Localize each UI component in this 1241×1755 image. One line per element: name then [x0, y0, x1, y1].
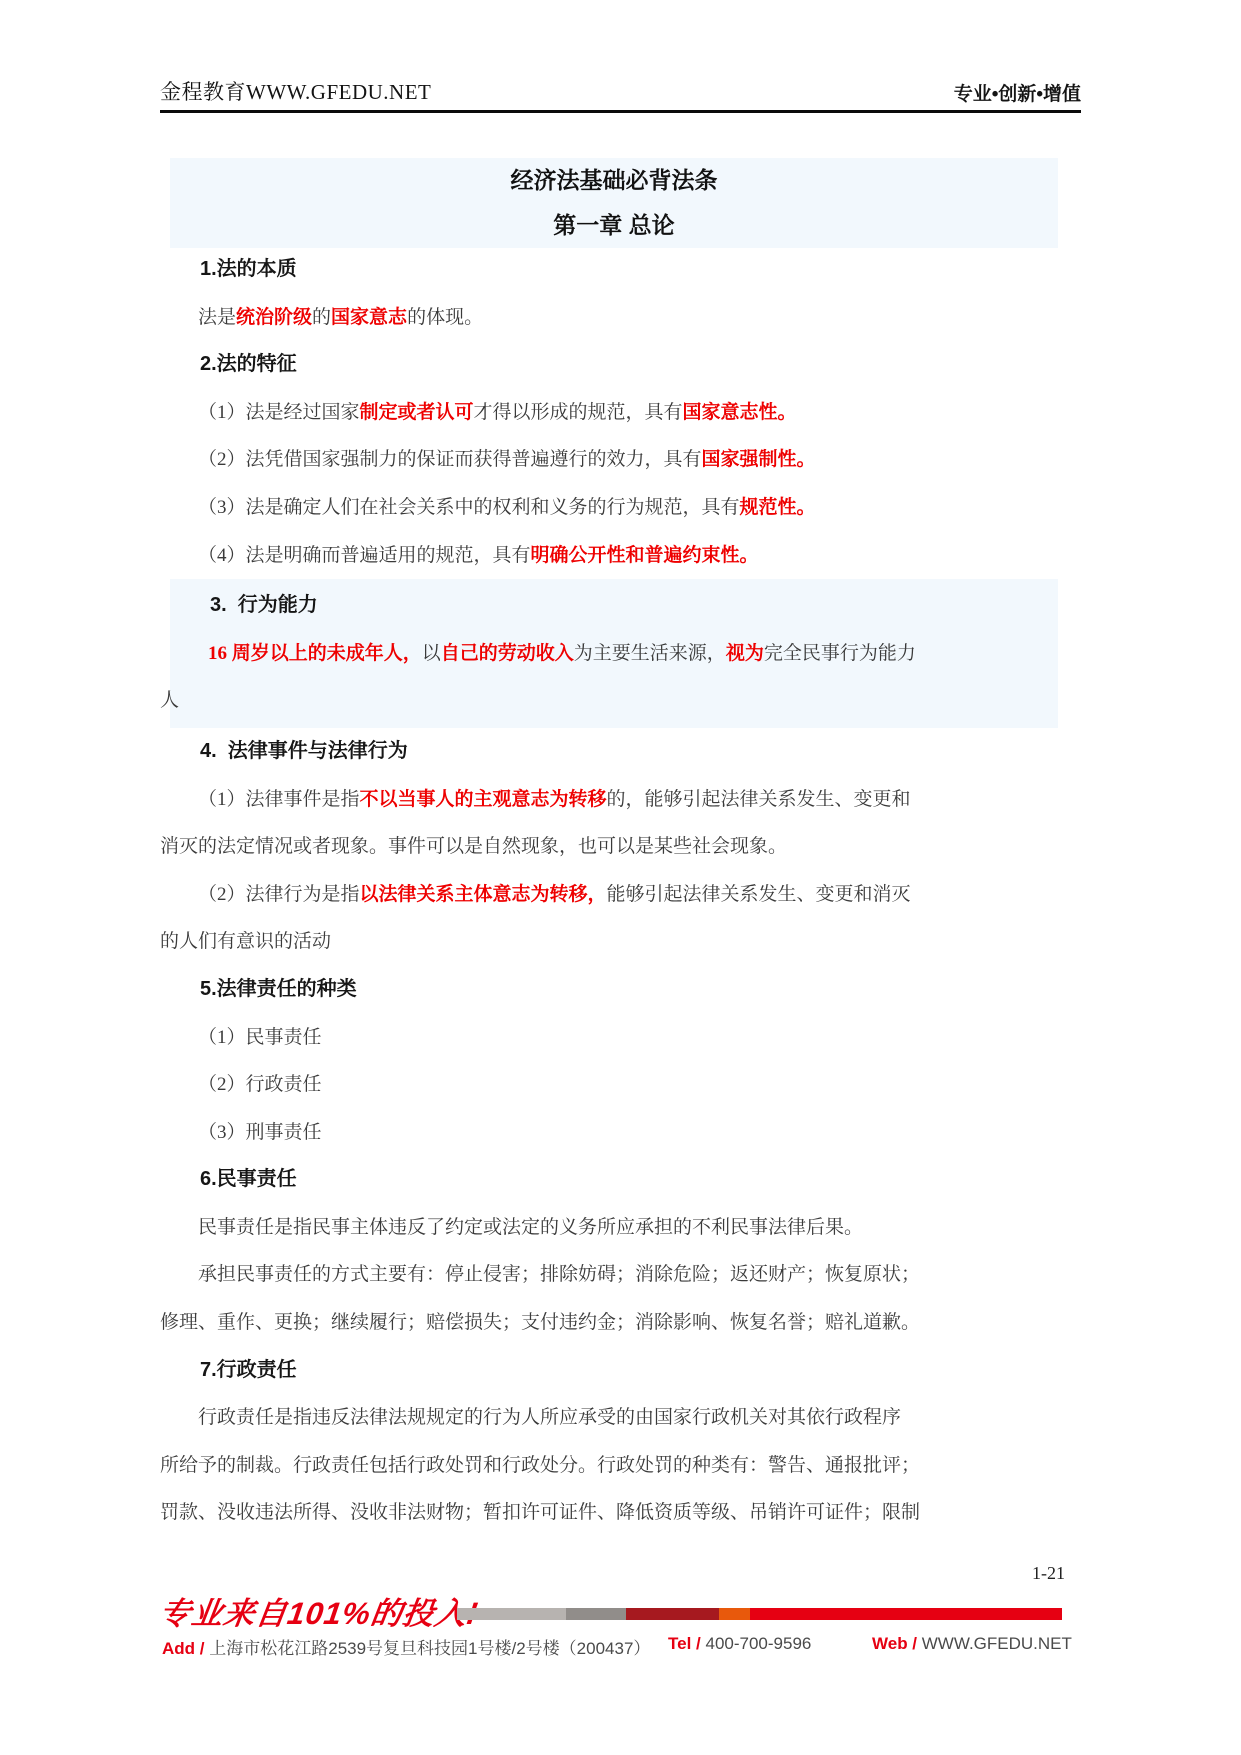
section-heading: 5.法律责任的种类 — [160, 966, 1081, 1014]
text-segment: （2）法律行为是指 — [198, 884, 360, 905]
emphasis-red-text: 16 周岁以上的未成年人， — [208, 643, 422, 664]
color-bar-segment — [719, 1608, 750, 1620]
text-segment: 1.法的本质 — [200, 258, 297, 280]
text-segment: 的，能够引起法律关系发生、变更和 — [607, 789, 911, 810]
text-segment: 的 — [312, 307, 331, 328]
text-segment: 能够引起法律关系发生、变更和消灭 — [607, 884, 911, 905]
color-bar-segment — [457, 1608, 566, 1620]
chapter-title: 第一章 总论 — [170, 203, 1058, 248]
emphasis-red-text: 国家意志性。 — [683, 402, 797, 423]
color-bar-segment — [566, 1608, 626, 1620]
text-line: （2）法凭借国家强制力的保证而获得普遍遵行的效力，具有国家强制性。 — [160, 436, 1081, 484]
text-segment: 人 — [160, 690, 179, 711]
text-line: 消灭的法定情况或者现象。事件可以是自然现象，也可以是某些社会现象。 — [160, 823, 1081, 871]
header-slogan: 专业•创新•增值 — [954, 79, 1081, 106]
text-segment: 罚款、没收违法所得、没收非法财物；暂扣许可证件、降低资质等级、吊销许可证件；限制 — [160, 1502, 920, 1523]
emphasis-red-text: 统治阶级 — [236, 307, 312, 328]
document-page: 金程教育WWW.GFEDU.NET 专业•创新•增值 经济法基础必背法条 第一章… — [0, 0, 1241, 1755]
text-segment: 6.民事责任 — [200, 1168, 297, 1190]
text-line: 民事责任是指民事主体违反了约定或法定的义务所应承担的不利民事法律后果。 — [160, 1204, 1081, 1252]
footer-address-group: Add / 上海市松花江路2539号复旦科技园1号楼/2号楼（200437） — [162, 1634, 650, 1659]
text-segment: 以 — [422, 643, 441, 664]
section-heading: 7.行政责任 — [160, 1347, 1081, 1395]
text-segment: 2.法的特征 — [200, 353, 297, 375]
text-line: （2）法律行为是指以法律关系主体意志为转移，能够引起法律关系发生、变更和消灭 — [160, 871, 1081, 919]
text-segment: 承担民事责任的方式主要有：停止侵害；排除妨碍；消除危险；返还财产；恢复原状； — [198, 1264, 920, 1285]
emphasis-red-text: 视为 — [726, 643, 764, 664]
text-segment: （1）法律事件是指 — [198, 789, 360, 810]
text-segment: 才得以形成的规范，具有 — [474, 402, 683, 423]
color-bar-segment — [626, 1608, 719, 1620]
footer-contact-row: Add / 上海市松花江路2539号复旦科技园1号楼/2号楼（200437） T… — [0, 1634, 1241, 1664]
text-line: 行政责任是指违反法律法规规定的行为人所应承受的由国家行政机关对其依行政程序 — [160, 1394, 1081, 1442]
document-title: 经济法基础必背法条 — [170, 158, 1058, 203]
section-heading: 6.民事责任 — [160, 1156, 1081, 1204]
emphasis-red-text: 国家强制性。 — [702, 449, 816, 470]
footer-add-label: Add / — [162, 1639, 205, 1658]
text-segment: 4. 法律事件与法律行为 — [200, 740, 408, 762]
text-segment: 消灭的法定情况或者现象。事件可以是自然现象，也可以是某些社会现象。 — [160, 836, 787, 857]
text-line: 16 周岁以上的未成年人，以自己的劳动收入为主要生活来源，视为完全民事行为能力 — [170, 630, 1058, 678]
emphasis-red-text: 不以当事人的主观意志为转移 — [360, 789, 607, 810]
text-segment: 完全民事行为能力 — [764, 643, 916, 664]
footer-slogan: 专业来自101%的投入! — [157, 1588, 482, 1633]
footer-color-bar — [457, 1608, 1062, 1620]
text-segment: （3）法是确定人们在社会关系中的权利和义务的行为规范，具有 — [198, 497, 740, 518]
text-segment: 修理、重作、更换；继续履行；赔偿损失；支付违约金；消除影响、恢复名誉；赔礼道歉。 — [160, 1312, 920, 1333]
text-segment: 3. 行为能力 — [210, 594, 318, 616]
text-line: （1）法是经过国家制定或者认可才得以形成的规范，具有国家意志性。 — [160, 389, 1081, 437]
text-segment: （2）行政责任 — [198, 1074, 322, 1095]
section-heading: 4. 法律事件与法律行为 — [160, 728, 1081, 776]
text-line: （2）行政责任 — [160, 1061, 1081, 1109]
section-heading: 3. 行为能力 — [170, 582, 1058, 630]
text-line: 法是统治阶级的国家意志的体现。 — [160, 294, 1081, 342]
text-segment: （1）民事责任 — [198, 1027, 322, 1048]
text-segment: 所给予的制裁。行政责任包括行政处罚和行政处分。行政处罚的种类有：警告、通报批评； — [160, 1455, 920, 1476]
color-bar-segment — [750, 1608, 1062, 1620]
text-segment: 的体现。 — [407, 307, 483, 328]
footer-tel-group: Tel / 400-700-9596 — [668, 1634, 811, 1654]
text-line: （1）法律事件是指不以当事人的主观意志为转移的，能够引起法律关系发生、变更和 — [160, 776, 1081, 824]
emphasis-red-text: 制定或者认可 — [360, 402, 474, 423]
text-segment: 法是 — [198, 307, 236, 328]
text-line: 人 — [160, 677, 1058, 725]
text-segment: 民事责任是指民事主体违反了约定或法定的义务所应承担的不利民事法律后果。 — [198, 1217, 863, 1238]
text-line: 罚款、没收违法所得、没收非法财物；暂扣许可证件、降低资质等级、吊销许可证件；限制 — [160, 1489, 1081, 1537]
emphasis-red-text: 明确公开性和普遍约束性。 — [531, 545, 759, 566]
text-segment: （2）法凭借国家强制力的保证而获得普遍遵行的效力，具有 — [198, 449, 702, 470]
page-number: 1-21 — [160, 1556, 1065, 1590]
highlight-block: 3. 行为能力16 周岁以上的未成年人，以自己的劳动收入为主要生活来源，视为完全… — [170, 579, 1058, 728]
text-line: 修理、重作、更换；继续履行；赔偿损失；支付违约金；消除影响、恢复名誉；赔礼道歉。 — [160, 1299, 1081, 1347]
text-block: 4. 法律事件与法律行为（1）法律事件是指不以当事人的主观意志为转移的，能够引起… — [160, 728, 1081, 1537]
page-header: 金程教育WWW.GFEDU.NET 专业•创新•增值 — [160, 76, 1081, 106]
text-segment: 为主要生活来源， — [574, 643, 726, 664]
footer-web-label: Web / — [872, 1634, 917, 1653]
text-line: （3）刑事责任 — [160, 1109, 1081, 1157]
footer-address: 上海市松花江路2539号复旦科技园1号楼/2号楼（200437） — [209, 1639, 650, 1658]
text-segment: 7.行政责任 — [200, 1359, 297, 1381]
header-divider — [160, 110, 1081, 113]
emphasis-red-text: 自己的劳动收入 — [441, 643, 574, 664]
text-segment: （1）法是经过国家 — [198, 402, 360, 423]
section-heading: 1.法的本质 — [160, 246, 1081, 294]
text-line: （1）民事责任 — [160, 1014, 1081, 1062]
footer-web-group: Web / WWW.GFEDU.NET — [872, 1634, 1072, 1654]
text-line: 承担民事责任的方式主要有：停止侵害；排除妨碍；消除危险；返还财产；恢复原状； — [160, 1251, 1081, 1299]
text-block: 1.法的本质法是统治阶级的国家意志的体现。2.法的特征（1）法是经过国家制定或者… — [160, 246, 1081, 579]
footer-website[interactable]: WWW.GFEDU.NET — [922, 1634, 1072, 1653]
emphasis-red-text: 国家意志 — [331, 307, 407, 328]
text-segment: （3）刑事责任 — [198, 1122, 322, 1143]
header-brand: 金程教育WWW.GFEDU.NET — [160, 76, 431, 106]
section-heading: 2.法的特征 — [160, 341, 1081, 389]
footer-tel-label: Tel / — [668, 1634, 701, 1653]
text-segment: 5.法律责任的种类 — [200, 978, 357, 1000]
text-segment: 的人们有意识的活动 — [160, 931, 331, 952]
document-body: 1.法的本质法是统治阶级的国家意志的体现。2.法的特征（1）法是经过国家制定或者… — [160, 246, 1081, 1537]
title-block: 经济法基础必背法条 第一章 总论 — [170, 158, 1058, 248]
text-line: 的人们有意识的活动 — [160, 918, 1081, 966]
emphasis-red-text: 以法律关系主体意志为转移， — [360, 884, 607, 905]
text-line: （4）法是明确而普遍适用的规范，具有明确公开性和普遍约束性。 — [160, 532, 1081, 580]
text-segment: 行政责任是指违反法律法规规定的行为人所应承受的由国家行政机关对其依行政程序 — [198, 1407, 901, 1428]
text-line: （3）法是确定人们在社会关系中的权利和义务的行为规范，具有规范性。 — [160, 484, 1081, 532]
footer-tel-number: 400-700-9596 — [705, 1634, 811, 1653]
emphasis-red-text: 规范性。 — [740, 497, 816, 518]
text-line: 所给予的制裁。行政责任包括行政处罚和行政处分。行政处罚的种类有：警告、通报批评； — [160, 1442, 1081, 1490]
text-segment: （4）法是明确而普遍适用的规范，具有 — [198, 545, 531, 566]
